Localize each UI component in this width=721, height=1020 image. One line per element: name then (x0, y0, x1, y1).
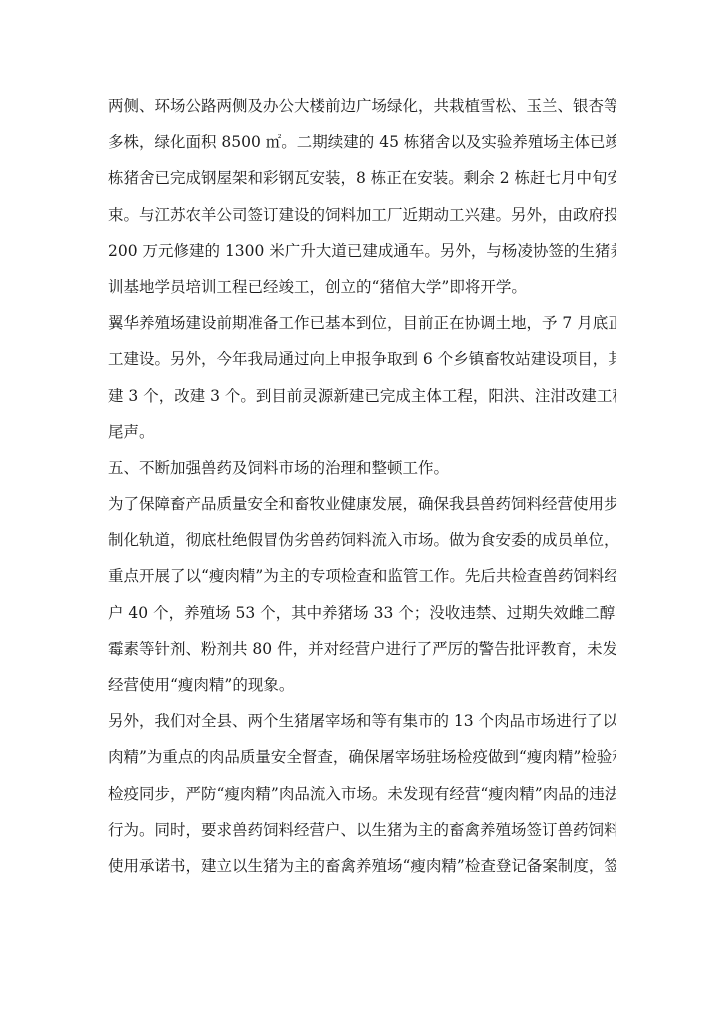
text-line: 两侧、环场公路两侧及办公大楼前边广场绿化，共栽植雪松、玉兰、银杏等 600 (108, 88, 616, 124)
heading-text: 五、不断加强兽药及饲料市场的治理和整顿工作。 (108, 450, 616, 486)
paragraph-greening-construction: 两侧、环场公路两侧及办公大楼前边广场绿化，共栽植雪松、玉兰、银杏等 600 多株… (108, 88, 616, 305)
section-heading: 五、不断加强兽药及饲料市场的治理和整顿工作。 (108, 450, 616, 486)
text-line: 重点开展了以“瘦肉精”为主的专项检查和监管工作。先后共检查兽药饲料经营 (108, 558, 616, 594)
text-line: 200 万元修建的 1300 米广升大道已建成通车。另外，与杨凌协签的生猪养殖实 (108, 233, 616, 269)
text-line: 翼华养殖场建设前期准备工作已基本到位，目前正在协调土地，予 7 月底正式开 (108, 305, 616, 341)
text-line: 肉精”为重点的肉品质量安全督查，确保屠宰场驻场检疫做到“瘦肉精”检验和 (108, 739, 616, 775)
text-line: 训基地学员培训工程已经竣工，创立的“猪倌大学”即将开学。 (108, 269, 616, 305)
paragraph-meat-market: 另外，我们对全县、两个生猪屠宰场和等有集市的 13 个肉品市场进行了以“瘦 肉精… (108, 703, 616, 884)
document-page: 两侧、环场公路两侧及办公大楼前边广场绿化，共栽植雪松、玉兰、银杏等 600 多株… (108, 88, 616, 884)
text-line: 尾声。 (108, 414, 616, 450)
text-line: 户 40 个，养殖场 53 个，其中养猪场 33 个；没收违禁、过期失效雌二醇、… (108, 595, 616, 631)
text-line: 使用承诺书，建立以生猪为主的畜禽养殖场“瘦肉精”检查登记备案制度，签订 (108, 848, 616, 884)
text-line: 另外，我们对全县、两个生猪屠宰场和等有集市的 13 个肉品市场进行了以“瘦 (108, 703, 616, 739)
text-line: 行为。同时，要求兽药饲料经营户、以生猪为主的畜禽养殖场签订兽药饲料经营 (108, 812, 616, 848)
text-line: 栋猪舍已完成钢屋架和彩钢瓦安装，8 栋正在安装。剩余 2 栋赶七月中旬安装结 (108, 160, 616, 196)
text-line: 为了保障畜产品质量安全和畜牧业健康发展，确保我县兽药饲料经营使用步入法 (108, 486, 616, 522)
text-line: 霉素等针剂、粉剂共 80 件，并对经营户进行了严厉的警告批评教育，未发现有 (108, 631, 616, 667)
text-line: 建 3 个，改建 3 个。到目前灵源新建已完成主体工程，阳洪、注泔改建工程已近 (108, 378, 616, 414)
text-line: 制化轨道，彻底杜绝假冒伪劣兽药饲料流入市场。做为食安委的成员单位，我们 (108, 522, 616, 558)
text-line: 束。与江苏农羊公司签订建设的饲料加工厂近期动工兴建。另外，由政府投资近 (108, 197, 616, 233)
text-line: 多株，绿化面积 8500 ㎡。二期续建的 45 栋猪舍以及实验养殖场主体已竣工，… (108, 124, 616, 160)
text-line: 工建设。另外，今年我局通过向上申报争取到 6 个乡镇畜牧站建设项目，其中新 (108, 341, 616, 377)
paragraph-inspection: 为了保障畜产品质量安全和畜牧业健康发展，确保我县兽药饲料经营使用步入法 制化轨道… (108, 486, 616, 703)
paragraph-jihua-farm: 翼华养殖场建设前期准备工作已基本到位，目前正在协调土地，予 7 月底正式开 工建… (108, 305, 616, 450)
text-line: 检疫同步，严防“瘦肉精”肉品流入市场。未发现有经营“瘦肉精”肉品的违法 (108, 776, 616, 812)
text-line: 经营使用“瘦肉精”的现象。 (108, 667, 616, 703)
